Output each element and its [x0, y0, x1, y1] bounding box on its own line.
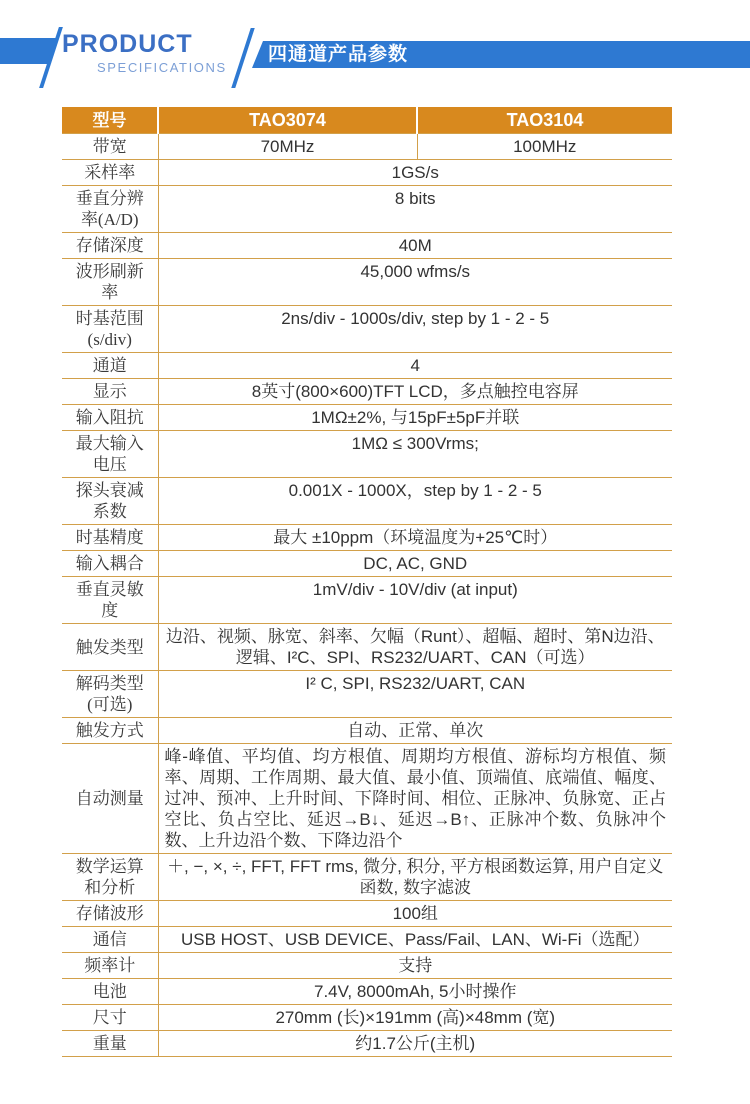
spec-label: 触发类型	[62, 624, 158, 671]
spec-label: 时基范围(s/div)	[62, 306, 158, 353]
table-row: 垂直灵敏度 1mV/div - 10V/div (at input)	[62, 577, 672, 624]
table-row: 存储深度 40M	[62, 233, 672, 259]
spec-value: 约1.7公斤(主机)	[158, 1031, 672, 1057]
table-row: 时基精度 最大 ±10ppm（环境温度为+25℃时）	[62, 525, 672, 551]
table-row: 探头衰减系数 0.001X - 1000X，step by 1 - 2 - 5	[62, 478, 672, 525]
model-name-col1: TAO3074	[158, 107, 417, 134]
spec-value: 1mV/div - 10V/div (at input)	[158, 577, 672, 624]
spec-label: 重量	[62, 1031, 158, 1057]
spec-value: 70MHz	[158, 134, 417, 160]
model-name-col2: TAO3104	[417, 107, 672, 134]
spec-value: 100MHz	[417, 134, 672, 160]
table-row: 通道 4	[62, 353, 672, 379]
spec-value: 100组	[158, 901, 672, 927]
spec-label: 通道	[62, 353, 158, 379]
page: PRODUCT SPECIFICATIONS 四通道产品参数 型号 TAO307…	[0, 0, 750, 1104]
spec-label: 存储波形	[62, 901, 158, 927]
table-header-row: 型号 TAO3074 TAO3104	[62, 107, 672, 134]
spec-value: 4	[158, 353, 672, 379]
table-row: 通信 USB HOST、USB DEVICE、Pass/Fail、LAN、Wi-…	[62, 927, 672, 953]
spec-value: 峰-峰值、平均值、均方根值、周期均方根值、游标均方根值、频率、周期、工作周期、最…	[158, 744, 672, 854]
table-row: 解码类型(可选) I² C, SPI, RS232/UART, CAN	[62, 671, 672, 718]
spec-table: 型号 TAO3074 TAO3104 带宽 70MHz 100MHz 采样率 1…	[62, 107, 672, 1057]
spec-value: 最大 ±10ppm（环境温度为+25℃时）	[158, 525, 672, 551]
table-row: 垂直分辨率(A/D) 8 bits	[62, 186, 672, 233]
spec-label: 电池	[62, 979, 158, 1005]
table-row: 波形刷新率 45,000 wfms/s	[62, 259, 672, 306]
spec-value: 8英寸(800×600)TFT LCD，多点触控电容屏	[158, 379, 672, 405]
spec-label: 输入阻抗	[62, 405, 158, 431]
spec-value: ＋, −, ×, ÷, FFT, FFT rms, 微分, 积分, 平方根函数运…	[158, 854, 672, 901]
spec-label: 采样率	[62, 160, 158, 186]
spec-value: 270mm (长)×191mm (高)×48mm (宽)	[158, 1005, 672, 1031]
table-row: 存储波形 100组	[62, 901, 672, 927]
table-row: 采样率 1GS/s	[62, 160, 672, 186]
spec-label: 通信	[62, 927, 158, 953]
spec-label: 波形刷新率	[62, 259, 158, 306]
spec-label: 输入耦合	[62, 551, 158, 577]
spec-value: 2ns/div - 1000s/div, step by 1 - 2 - 5	[158, 306, 672, 353]
table-row: 触发类型 边沿、视频、脉宽、斜率、欠幅（Runt）、超幅、超时、第N边沿、逻辑、…	[62, 624, 672, 671]
table-row: 自动测量 峰-峰值、平均值、均方根值、周期均方根值、游标均方根值、频率、周期、工…	[62, 744, 672, 854]
spec-label: 频率计	[62, 953, 158, 979]
spec-value: 1MΩ ≤ 300Vrms;	[158, 431, 672, 478]
brand-subtitle: SPECIFICATIONS	[97, 60, 227, 75]
spec-label: 垂直分辨率(A/D)	[62, 186, 158, 233]
table-row: 最大输入电压 1MΩ ≤ 300Vrms;	[62, 431, 672, 478]
spec-value: 1MΩ±2%, 与15pF±5pF并联	[158, 405, 672, 431]
spec-value: 45,000 wfms/s	[158, 259, 672, 306]
table-row: 重量 约1.7公斤(主机)	[62, 1031, 672, 1057]
brand-title: PRODUCT	[62, 30, 193, 59]
spec-label: 最大输入电压	[62, 431, 158, 478]
spec-value: 7.4V, 8000mAh, 5小时操作	[158, 979, 672, 1005]
spec-label: 尺寸	[62, 1005, 158, 1031]
spec-value: I² C, SPI, RS232/UART, CAN	[158, 671, 672, 718]
table-row: 带宽 70MHz 100MHz	[62, 134, 672, 160]
table-row: 尺寸 270mm (长)×191mm (高)×48mm (宽)	[62, 1005, 672, 1031]
table-row: 电池 7.4V, 8000mAh, 5小时操作	[62, 979, 672, 1005]
spec-label: 数学运算和分析	[62, 854, 158, 901]
spec-label: 显示	[62, 379, 158, 405]
spec-label: 时基精度	[62, 525, 158, 551]
section-title: 四通道产品参数	[252, 41, 408, 68]
spec-label: 带宽	[62, 134, 158, 160]
spec-label: 垂直灵敏度	[62, 577, 158, 624]
table-row: 输入阻抗 1MΩ±2%, 与15pF±5pF并联	[62, 405, 672, 431]
spec-value: 1GS/s	[158, 160, 672, 186]
spec-value: USB HOST、USB DEVICE、Pass/Fail、LAN、Wi-Fi（…	[158, 927, 672, 953]
slash-icon	[231, 28, 254, 88]
section-banner: 四通道产品参数	[252, 41, 750, 68]
spec-label: 探头衰减系数	[62, 478, 158, 525]
spec-value: 40M	[158, 233, 672, 259]
spec-value: 0.001X - 1000X，step by 1 - 2 - 5	[158, 478, 672, 525]
spec-label: 触发方式	[62, 718, 158, 744]
spec-label: 解码类型(可选)	[62, 671, 158, 718]
spec-value: 边沿、视频、脉宽、斜率、欠幅（Runt）、超幅、超时、第N边沿、逻辑、I²C、S…	[158, 624, 672, 671]
spec-value: 自动、正常、单次	[158, 718, 672, 744]
table-row: 频率计 支持	[62, 953, 672, 979]
spec-label: 自动测量	[62, 744, 158, 854]
spec-value: DC, AC, GND	[158, 551, 672, 577]
table-row: 显示 8英寸(800×600)TFT LCD，多点触控电容屏	[62, 379, 672, 405]
spec-label: 存储深度	[62, 233, 158, 259]
table-row: 触发方式 自动、正常、单次	[62, 718, 672, 744]
spec-value: 支持	[158, 953, 672, 979]
spec-value: 8 bits	[158, 186, 672, 233]
table-row: 输入耦合 DC, AC, GND	[62, 551, 672, 577]
table-row: 时基范围(s/div) 2ns/div - 1000s/div, step by…	[62, 306, 672, 353]
table-row: 数学运算和分析 ＋, −, ×, ÷, FFT, FFT rms, 微分, 积分…	[62, 854, 672, 901]
model-header-label: 型号	[62, 107, 158, 134]
